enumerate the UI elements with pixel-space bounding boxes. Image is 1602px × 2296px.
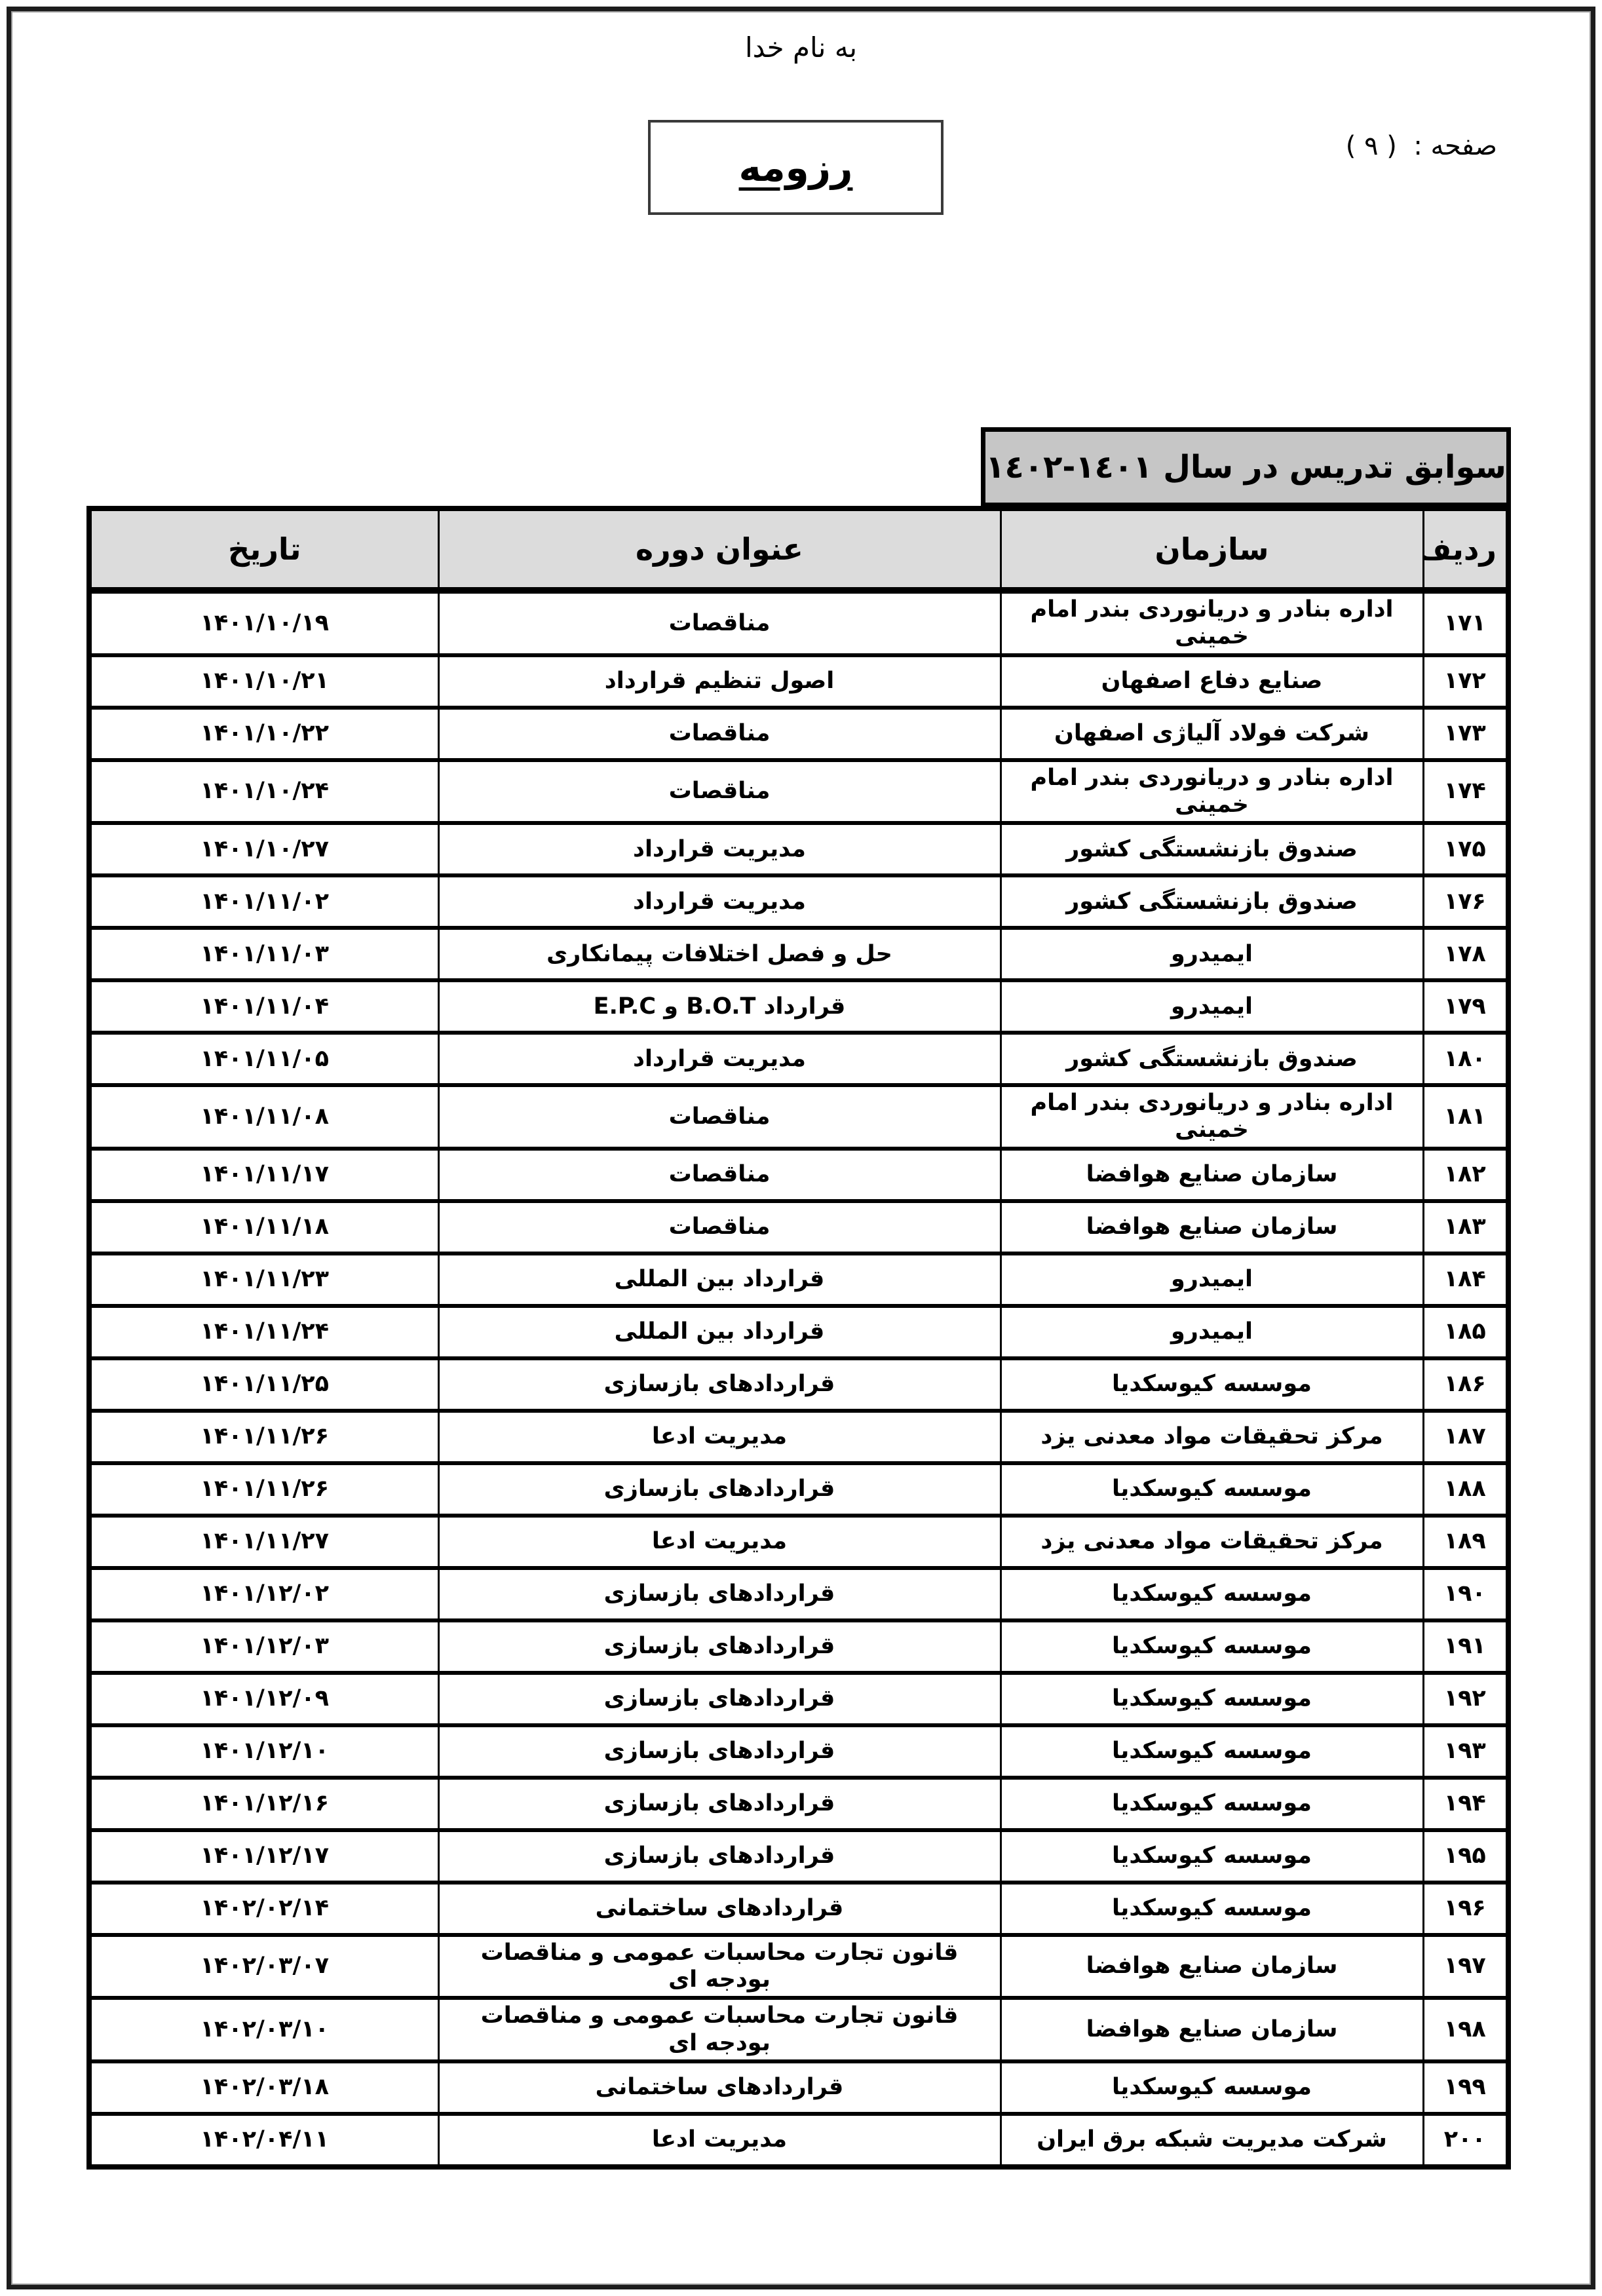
date-cell: ۱۴۰۱/۱۰/۲۷ <box>89 823 438 875</box>
table-row: ۱۹۶موسسه کیوسکدیاقراردادهای ساختمانی۱۴۰۲… <box>89 1883 1508 1935</box>
date-cell: ۱۴۰۲/۰۳/۱۸ <box>89 2061 438 2114</box>
table-row: ۱۹۰موسسه کیوسکدیاقراردادهای بازسازی۱۴۰۱/… <box>89 1568 1508 1620</box>
row-number-cell: ۱۷۳ <box>1423 708 1508 760</box>
course-title-cell: قانون تجارت محاسبات عمومی و مناقصات بودج… <box>438 1935 1001 1999</box>
page-number-label: صفحه : ( ۹ ) <box>1346 131 1497 161</box>
organization-cell: موسسه کیوسکدیا <box>1001 1620 1423 1673</box>
date-cell: ۱۴۰۱/۱۱/۲۶ <box>89 1463 438 1516</box>
course-title-cell: قراردادهای بازسازی <box>438 1463 1001 1516</box>
organization-cell: صندوق بازنشستگی کشور <box>1001 875 1423 928</box>
course-title-cell: قرارداد B.O.T و E.P.C <box>438 980 1001 1033</box>
table-row: ۱۷۹ایمیدروقرارداد B.O.T و E.P.C۱۴۰۱/۱۱/۰… <box>89 980 1508 1033</box>
organization-cell: صندوق بازنشستگی کشور <box>1001 1033 1423 1085</box>
row-number-cell: ۱۹۶ <box>1423 1883 1508 1935</box>
date-cell: ۱۴۰۱/۱۲/۱۶ <box>89 1778 438 1830</box>
section-title-band: سوابق تدريس در سال ١٤٠١-١٤٠٢ <box>981 427 1511 507</box>
row-number-cell: ۱۷۵ <box>1423 823 1508 875</box>
date-cell: ۱۴۰۱/۱۰/۱۹ <box>89 590 438 655</box>
date-cell: ۱۴۰۱/۱۲/۰۳ <box>89 1620 438 1673</box>
course-title-cell: قراردادهای ساختمانی <box>438 2061 1001 2114</box>
organization-cell: موسسه کیوسکدیا <box>1001 2061 1423 2114</box>
course-title-cell: قراردادهای بازسازی <box>438 1568 1001 1620</box>
organization-cell: موسسه کیوسکدیا <box>1001 1778 1423 1830</box>
resume-title-box: رزومه <box>648 120 944 215</box>
table-row: ۱۸۰صندوق بازنشستگی کشورمدیریت قرارداد۱۴۰… <box>89 1033 1508 1085</box>
row-number-cell: ۱۹۹ <box>1423 2061 1508 2114</box>
date-cell: ۱۴۰۱/۱۰/۲۱ <box>89 655 438 708</box>
table-row: ۱۷۳شرکت فولاد آلیاژی اصفهانمناقصات۱۴۰۱/۱… <box>89 708 1508 760</box>
date-cell: ۱۴۰۲/۰۳/۰۷ <box>89 1935 438 1999</box>
table-row: ۱۷۵صندوق بازنشستگی کشورمدیریت قرارداد۱۴۰… <box>89 823 1508 875</box>
table-row: ۱۸۴ایمیدروقرارداد بین المللی۱۴۰۱/۱۱/۲۳ <box>89 1253 1508 1306</box>
date-cell: ۱۴۰۱/۱۰/۲۴ <box>89 760 438 824</box>
date-cell: ۱۴۰۱/۱۱/۰۸ <box>89 1085 438 1149</box>
row-number-cell: ۱۹۵ <box>1423 1830 1508 1883</box>
organization-cell: موسسه کیوسکدیا <box>1001 1725 1423 1778</box>
row-number-cell: ۱۹۴ <box>1423 1778 1508 1830</box>
course-title-cell: مدیریت ادعا <box>438 1411 1001 1463</box>
row-number-cell: ۱۸۹ <box>1423 1516 1508 1568</box>
date-cell: ۱۴۰۱/۱۱/۰۲ <box>89 875 438 928</box>
organization-cell: سازمان صنایع هوافضا <box>1001 1149 1423 1201</box>
date-cell: ۱۴۰۱/۱۱/۰۴ <box>89 980 438 1033</box>
organization-cell: موسسه کیوسکدیا <box>1001 1830 1423 1883</box>
course-title-cell: قرارداد بین المللی <box>438 1253 1001 1306</box>
table-row: ۱۹۹موسسه کیوسکدیاقراردادهای ساختمانی۱۴۰۲… <box>89 2061 1508 2114</box>
course-title-cell: مناقصات <box>438 590 1001 655</box>
table-row: ۱۸۶موسسه کیوسکدیاقراردادهای بازسازی۱۴۰۱/… <box>89 1358 1508 1411</box>
row-number-cell: ۱۸۰ <box>1423 1033 1508 1085</box>
course-title-cell: قراردادهای ساختمانی <box>438 1883 1001 1935</box>
course-title-cell: قراردادهای بازسازی <box>438 1358 1001 1411</box>
course-title-cell: مدیریت ادعا <box>438 2114 1001 2167</box>
table-header-row: ردیف سازمان عنوان دوره تاریخ <box>89 508 1508 590</box>
organization-cell: صندوق بازنشستگی کشور <box>1001 823 1423 875</box>
organization-cell: موسسه کیوسکدیا <box>1001 1358 1423 1411</box>
organization-cell: ایمیدرو <box>1001 1253 1423 1306</box>
date-cell: ۱۴۰۱/۱۱/۲۶ <box>89 1411 438 1463</box>
table-row: ۱۷۱اداره بنادر و دریانوردی بندر امام خمی… <box>89 590 1508 655</box>
date-cell: ۱۴۰۱/۱۱/۲۳ <box>89 1253 438 1306</box>
table-row: ۱۸۵ایمیدروقرارداد بین المللی۱۴۰۱/۱۱/۲۴ <box>89 1306 1508 1358</box>
row-number-cell: ۱۷۱ <box>1423 590 1508 655</box>
organization-cell: مرکز تحقیقات مواد معدنی یزد <box>1001 1411 1423 1463</box>
date-cell: ۱۴۰۱/۱۰/۲۲ <box>89 708 438 760</box>
table-row: ۱۹۸سازمان صنایع هوافضاقانون تجارت محاسبا… <box>89 1998 1508 2061</box>
organization-cell: اداره بنادر و دریانوردی بندر امام خمینی <box>1001 760 1423 824</box>
date-cell: ۱۴۰۱/۱۲/۰۹ <box>89 1673 438 1725</box>
col-header-date: تاریخ <box>89 508 438 590</box>
date-cell: ۱۴۰۱/۱۱/۲۴ <box>89 1306 438 1358</box>
table-row: ۱۹۵موسسه کیوسکدیاقراردادهای بازسازی۱۴۰۱/… <box>89 1830 1508 1883</box>
date-cell: ۱۴۰۱/۱۱/۰۵ <box>89 1033 438 1085</box>
table-row: ۱۹۲موسسه کیوسکدیاقراردادهای بازسازی۱۴۰۱/… <box>89 1673 1508 1725</box>
row-number-cell: ۱۸۸ <box>1423 1463 1508 1516</box>
row-number-cell: ۱۹۳ <box>1423 1725 1508 1778</box>
date-cell: ۱۴۰۱/۱۲/۰۲ <box>89 1568 438 1620</box>
table-body: ۱۷۱اداره بنادر و دریانوردی بندر امام خمی… <box>89 590 1508 2167</box>
organization-cell: شرکت فولاد آلیاژی اصفهان <box>1001 708 1423 760</box>
date-cell: ۱۴۰۱/۱۱/۱۸ <box>89 1201 438 1253</box>
table-row: ۱۸۳سازمان صنایع هوافضامناقصات۱۴۰۱/۱۱/۱۸ <box>89 1201 1508 1253</box>
row-number-cell: ۱۸۴ <box>1423 1253 1508 1306</box>
organization-cell: مرکز تحقیقات مواد معدنی یزد <box>1001 1516 1423 1568</box>
date-cell: ۱۴۰۱/۱۱/۲۷ <box>89 1516 438 1568</box>
date-cell: ۱۴۰۱/۱۲/۱۷ <box>89 1830 438 1883</box>
course-title-cell: مدیریت قرارداد <box>438 1033 1001 1085</box>
row-number-cell: ۱۷۶ <box>1423 875 1508 928</box>
row-number-cell: ۱۷۸ <box>1423 928 1508 980</box>
date-cell: ۱۴۰۲/۰۲/۱۴ <box>89 1883 438 1935</box>
table-row: ۲۰۰شرکت مدیریت شبکه برق ایرانمدیریت ادعا… <box>89 2114 1508 2167</box>
course-title-cell: مدیریت قرارداد <box>438 823 1001 875</box>
course-title-cell: قراردادهای بازسازی <box>438 1620 1001 1673</box>
organization-cell: ایمیدرو <box>1001 980 1423 1033</box>
organization-cell: صنایع دفاع اصفهان <box>1001 655 1423 708</box>
bismillah-text: به نام خدا <box>0 31 1602 64</box>
organization-cell: ایمیدرو <box>1001 928 1423 980</box>
course-title-cell: مدیریت ادعا <box>438 1516 1001 1568</box>
date-cell: ۱۴۰۱/۱۱/۱۷ <box>89 1149 438 1201</box>
organization-cell: ایمیدرو <box>1001 1306 1423 1358</box>
course-title-cell: مناقصات <box>438 1149 1001 1201</box>
date-cell: ۱۴۰۱/۱۱/۲۵ <box>89 1358 438 1411</box>
table-row: ۱۸۱اداره بنادر و دریانوردی بندر امام خمی… <box>89 1085 1508 1149</box>
row-number-cell: ۱۷۹ <box>1423 980 1508 1033</box>
col-header-course-title: عنوان دوره <box>438 508 1001 590</box>
row-number-cell: ۱۹۲ <box>1423 1673 1508 1725</box>
course-title-cell: قراردادهای بازسازی <box>438 1778 1001 1830</box>
organization-cell: شرکت مدیریت شبکه برق ایران <box>1001 2114 1423 2167</box>
table-row: ۱۷۶صندوق بازنشستگی کشورمدیریت قرارداد۱۴۰… <box>89 875 1508 928</box>
course-title-cell: مناقصات <box>438 708 1001 760</box>
organization-cell: سازمان صنایع هوافضا <box>1001 1998 1423 2061</box>
table-row: ۱۸۸موسسه کیوسکدیاقراردادهای بازسازی۱۴۰۱/… <box>89 1463 1508 1516</box>
course-title-cell: قانون تجارت محاسبات عمومی و مناقصات بودج… <box>438 1998 1001 2061</box>
organization-cell: سازمان صنایع هوافضا <box>1001 1201 1423 1253</box>
date-cell: ۱۴۰۲/۰۴/۱۱ <box>89 2114 438 2167</box>
row-number-cell: ۱۷۴ <box>1423 760 1508 824</box>
organization-cell: موسسه کیوسکدیا <box>1001 1883 1423 1935</box>
course-title-cell: مناقصات <box>438 1085 1001 1149</box>
course-title-cell: قراردادهای بازسازی <box>438 1673 1001 1725</box>
date-cell: ۱۴۰۱/۱۲/۱۰ <box>89 1725 438 1778</box>
row-number-cell: ۲۰۰ <box>1423 2114 1508 2167</box>
table-row: ۱۷۴اداره بنادر و دریانوردی بندر امام خمی… <box>89 760 1508 824</box>
col-header-row-no: ردیف <box>1423 508 1508 590</box>
organization-cell: اداره بنادر و دریانوردی بندر امام خمینی <box>1001 590 1423 655</box>
organization-cell: موسسه کیوسکدیا <box>1001 1568 1423 1620</box>
date-cell: ۱۴۰۱/۱۱/۰۳ <box>89 928 438 980</box>
row-number-cell: ۱۸۶ <box>1423 1358 1508 1411</box>
course-title-cell: قرارداد بین المللی <box>438 1306 1001 1358</box>
row-number-cell: ۱۹۷ <box>1423 1935 1508 1999</box>
row-number-cell: ۱۸۲ <box>1423 1149 1508 1201</box>
organization-cell: اداره بنادر و دریانوردی بندر امام خمینی <box>1001 1085 1423 1149</box>
row-number-cell: ۱۸۵ <box>1423 1306 1508 1358</box>
organization-cell: موسسه کیوسکدیا <box>1001 1673 1423 1725</box>
table-row: ۱۸۷مرکز تحقیقات مواد معدنی یزدمدیریت ادع… <box>89 1411 1508 1463</box>
course-title-cell: قراردادهای بازسازی <box>438 1830 1001 1883</box>
table-row: ۱۹۱موسسه کیوسکدیاقراردادهای بازسازی۱۴۰۱/… <box>89 1620 1508 1673</box>
date-cell: ۱۴۰۲/۰۳/۱۰ <box>89 1998 438 2061</box>
row-number-cell: ۱۹۱ <box>1423 1620 1508 1673</box>
teaching-records-table: ردیف سازمان عنوان دوره تاریخ ۱۷۱اداره بن… <box>86 506 1511 2170</box>
course-title-cell: حل و فصل اختلافات پیمانکاری <box>438 928 1001 980</box>
row-number-cell: ۱۹۸ <box>1423 1998 1508 2061</box>
table-row: ۱۷۲صنایع دفاع اصفهاناصول تنظیم قرارداد۱۴… <box>89 655 1508 708</box>
table-row: ۱۹۴موسسه کیوسکدیاقراردادهای بازسازی۱۴۰۱/… <box>89 1778 1508 1830</box>
table-row: ۱۷۸ایمیدروحل و فصل اختلافات پیمانکاری۱۴۰… <box>89 928 1508 980</box>
col-header-organization: سازمان <box>1001 508 1423 590</box>
course-title-cell: مدیریت قرارداد <box>438 875 1001 928</box>
table-row: ۱۹۷سازمان صنایع هوافضاقانون تجارت محاسبا… <box>89 1935 1508 1999</box>
resume-document-page: به نام خدا صفحه : ( ۹ ) رزومه سوابق تدري… <box>0 0 1602 2296</box>
row-number-cell: ۱۸۷ <box>1423 1411 1508 1463</box>
course-title-cell: قراردادهای بازسازی <box>438 1725 1001 1778</box>
table-row: ۱۸۹مرکز تحقیقات مواد معدنی یزدمدیریت ادع… <box>89 1516 1508 1568</box>
course-title-cell: مناقصات <box>438 760 1001 824</box>
course-title-cell: مناقصات <box>438 1201 1001 1253</box>
table-header: ردیف سازمان عنوان دوره تاریخ <box>89 508 1508 590</box>
table-row: ۱۹۳موسسه کیوسکدیاقراردادهای بازسازی۱۴۰۱/… <box>89 1725 1508 1778</box>
row-number-cell: ۱۸۱ <box>1423 1085 1508 1149</box>
row-number-cell: ۱۷۲ <box>1423 655 1508 708</box>
table-row: ۱۸۲سازمان صنایع هوافضامناقصات۱۴۰۱/۱۱/۱۷ <box>89 1149 1508 1201</box>
course-title-cell: اصول تنظیم قرارداد <box>438 655 1001 708</box>
organization-cell: سازمان صنایع هوافضا <box>1001 1935 1423 1999</box>
page-title: رزومه <box>739 145 853 190</box>
organization-cell: موسسه کیوسکدیا <box>1001 1463 1423 1516</box>
row-number-cell: ۱۹۰ <box>1423 1568 1508 1620</box>
row-number-cell: ۱۸۳ <box>1423 1201 1508 1253</box>
